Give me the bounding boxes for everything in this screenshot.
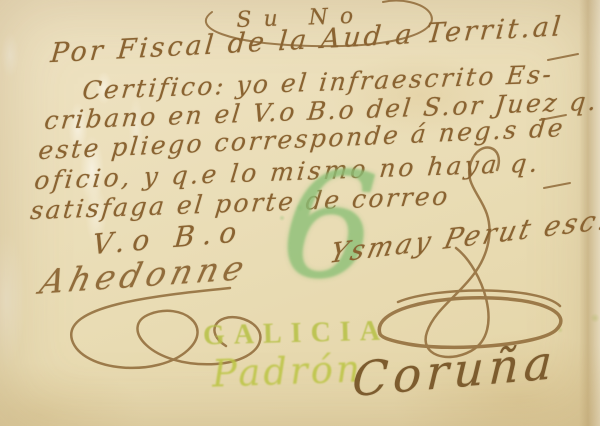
letter-scan: Su No Por Fiscal de la Aud.a Territ.al C… bbox=[0, 0, 600, 426]
postal-rate-mark: 6 bbox=[277, 149, 381, 303]
origin-stamp-town: Padrón bbox=[211, 347, 363, 395]
line-end-dash-2 bbox=[544, 183, 570, 188]
